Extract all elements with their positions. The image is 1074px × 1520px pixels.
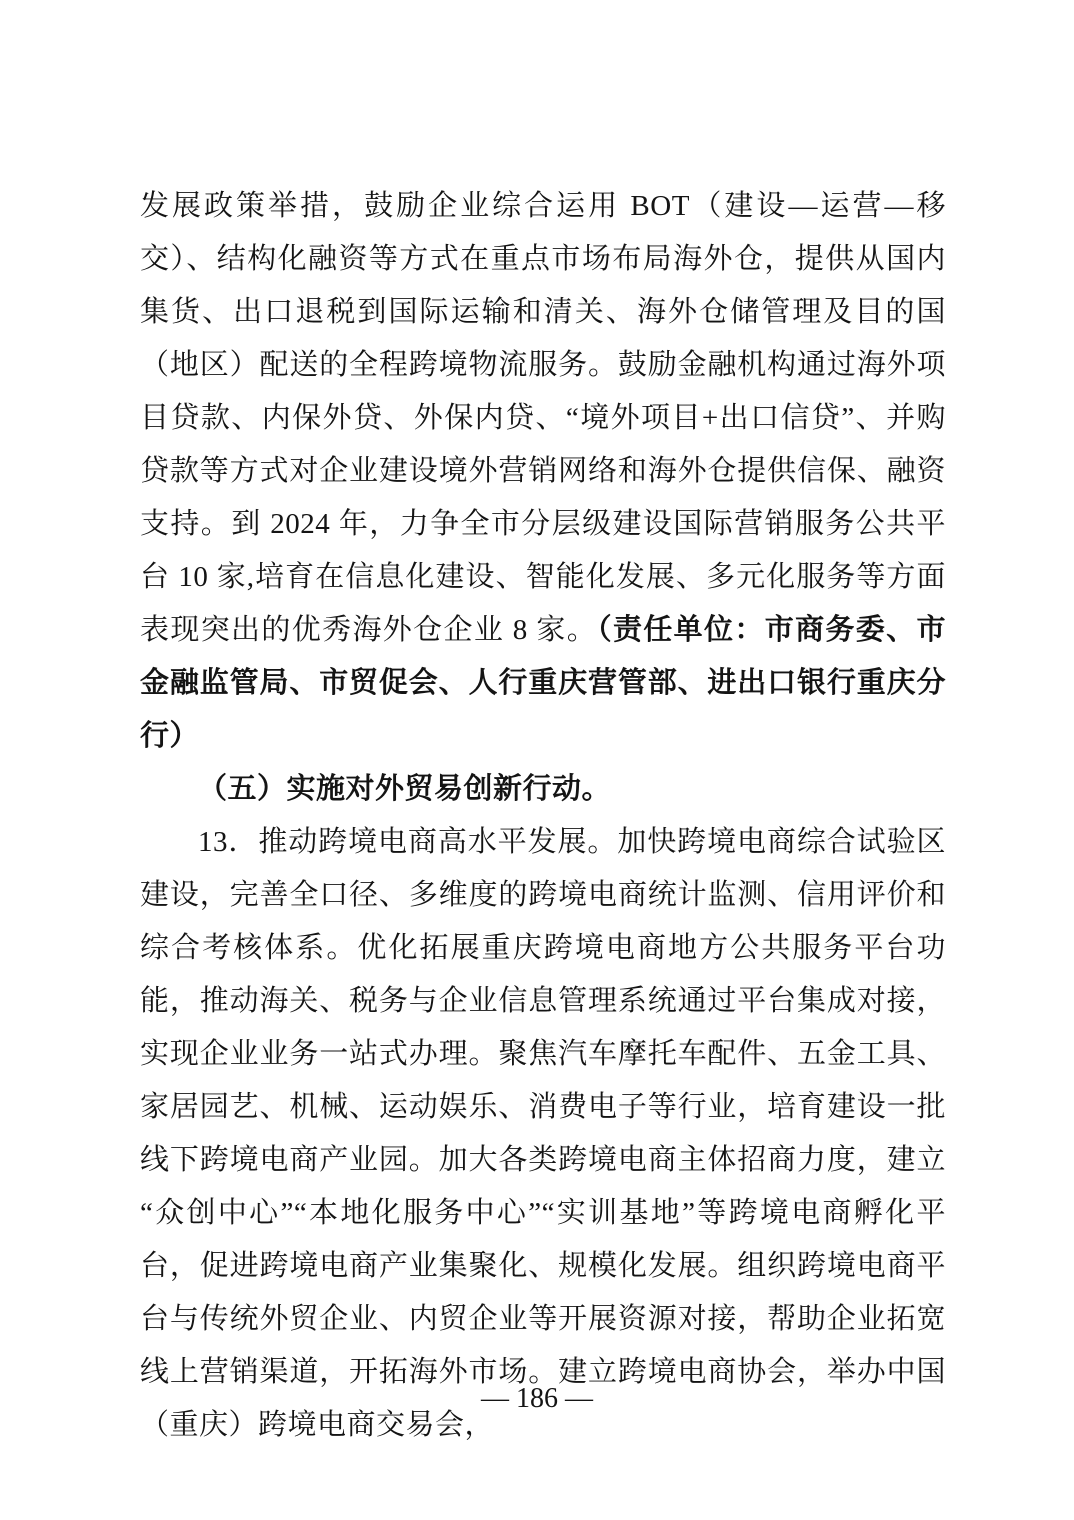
section-heading: （五）实施对外贸易创新行动。 [140, 763, 946, 816]
paragraph-continuation: 发展政策举措，鼓励企业综合运用 BOT（建设—运营—移交）、结构化融资等方式在重… [140, 180, 946, 763]
paragraph-item-13: 13．推动跨境电商高水平发展。加快跨境电商综合试验区建设，完善全口径、多维度的跨… [140, 816, 946, 1452]
document-body: 发展政策举措，鼓励企业综合运用 BOT（建设—运营—移交）、结构化融资等方式在重… [140, 180, 946, 1452]
page-footer: — 186 — [0, 1383, 1074, 1415]
document-page: 发展政策举措，鼓励企业综合运用 BOT（建设—运营—移交）、结构化融资等方式在重… [0, 0, 1074, 1520]
page-number: — 186 — [481, 1383, 593, 1414]
body-text-segment: 发展政策举措，鼓励企业综合运用 BOT（建设—运营—移交）、结构化融资等方式在重… [140, 190, 946, 646]
